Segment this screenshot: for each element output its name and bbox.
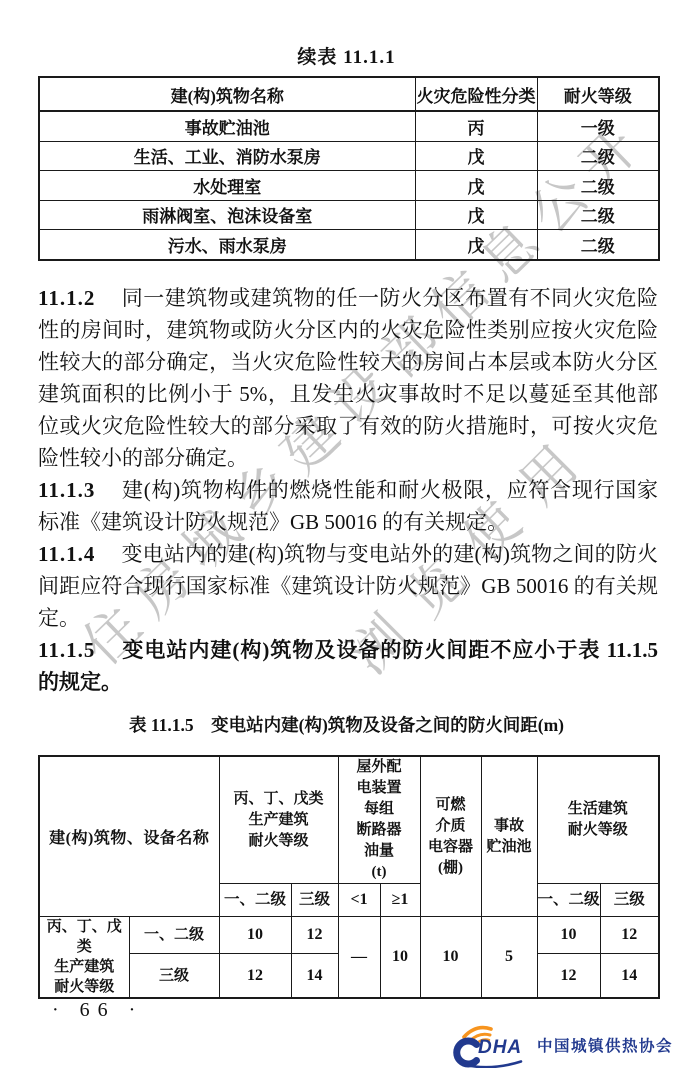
header-building-equipment-name: 建(构)筑物、设备名称: [39, 756, 219, 917]
cell-building-name: 生活、工业、消防水泵房: [39, 141, 415, 171]
distance-value: 14: [600, 954, 659, 998]
header-living-building-group: 生活建筑 耐火等级: [537, 756, 659, 884]
continued-table-11-1-1: 建(构)筑物名称 火灾危险性分类 耐火等级 事故贮油池 丙 一级 生活、工业、消…: [38, 76, 660, 261]
cell-hazard-class: 戊: [415, 230, 537, 260]
cell-fire-rating: 二级: [537, 230, 659, 260]
cell-fire-rating: 二级: [537, 141, 659, 171]
subheader-grade-3: 三级: [600, 884, 659, 917]
clause-number: 11.1.3: [38, 478, 95, 502]
table-header-row: 建(构)筑物名称 火灾危险性分类 耐火等级: [39, 77, 659, 111]
table-row: 污水、雨水泵房 戊 二级: [39, 230, 659, 260]
fire-separation-table-caption: 表 11.1.5 变电站内建(构)筑物及设备之间的防火间距(m): [0, 712, 693, 737]
cdha-org-name: 中国城镇供热协会: [537, 1034, 673, 1056]
clause-paragraphs: 11.1.2同一建筑物或建筑物的任一防火分区布置有不同火灾危险性的房间时，建筑物…: [38, 282, 658, 698]
col-header-fire-resistance: 耐火等级: [537, 77, 659, 111]
row-group-label: 丙、丁、戊类 生产建筑 耐火等级: [39, 917, 129, 999]
row-label: 三级: [129, 954, 219, 998]
data-row-grade-1-2: 丙、丁、戊类 生产建筑 耐火等级 一、二级 10 12 — 10 10 5 10…: [39, 917, 659, 954]
clause-text: 同一建筑物或建筑物的任一防火分区布置有不同火灾危险性的房间时，建筑物或防火分区内…: [38, 286, 658, 470]
distance-value: 10: [537, 917, 600, 954]
distance-value: 12: [291, 917, 338, 954]
col-header-building-name: 建(构)筑物名称: [39, 77, 415, 111]
subheader-grade-1-2: 一、二级: [537, 884, 600, 917]
page-number: · 66 ·: [52, 999, 143, 1022]
cell-fire-rating: 一级: [537, 111, 659, 141]
cell-building-name: 雨淋阀室、泡沫设备室: [39, 200, 415, 230]
subheader-oil-ge-1: ≥1: [380, 884, 420, 917]
cell-building-name: 水处理室: [39, 171, 415, 201]
clause-11-1-3: 11.1.3建(构)筑物构件的燃烧性能和耐火极限，应符合现行国家标准《建筑设计防…: [38, 474, 658, 538]
cell-fire-rating: 二级: [537, 171, 659, 201]
clause-number: 11.1.4: [38, 542, 95, 566]
header-row-groups: 建(构)筑物、设备名称 丙、丁、戊类 生产建筑 耐火等级 屋外配 电装置 每组 …: [39, 756, 659, 884]
cell-hazard-class: 戊: [415, 141, 537, 171]
subheader-oil-lt-1: <1: [338, 884, 380, 917]
table-row: 水处理室 戊 二级: [39, 171, 659, 201]
cell-building-name: 事故贮油池: [39, 111, 415, 141]
cell-hazard-class: 丙: [415, 111, 537, 141]
distance-value: 10: [219, 917, 291, 954]
distance-value: 14: [291, 954, 338, 998]
clause-text: 建(构)筑物构件的燃烧性能和耐火极限，应符合现行国家标准《建筑设计防火规范》GB…: [38, 478, 658, 534]
subheader-grade-3: 三级: [291, 884, 338, 917]
header-accident-oil-pool: 事故 贮油池: [481, 756, 537, 917]
distance-value-capacitor: 10: [420, 917, 481, 999]
distance-value: 12: [600, 917, 659, 954]
distance-value-oil-pool: 5: [481, 917, 537, 999]
distance-value-oil-lt1: —: [338, 917, 380, 999]
clause-text: 变电站内的建(构)筑物与变电站外的建(构)筑物之间的防火间距应符合现行国家标准《…: [38, 542, 658, 630]
distance-value-oil-ge1: 10: [380, 917, 420, 999]
continued-table-title: 续表 11.1.1: [0, 42, 693, 69]
fire-separation-table-11-1-5: 建(构)筑物、设备名称 丙、丁、戊类 生产建筑 耐火等级 屋外配 电装置 每组 …: [38, 755, 660, 999]
clause-text: 变电站内建(构)筑物及设备的防火间距不应小于表 11.1.5 的规定。: [38, 638, 658, 694]
clause-11-1-2: 11.1.2同一建筑物或建筑物的任一防火分区布置有不同火灾危险性的房间时，建筑物…: [38, 282, 658, 474]
cell-hazard-class: 戊: [415, 171, 537, 201]
cell-hazard-class: 戊: [415, 200, 537, 230]
row-label: 一、二级: [129, 917, 219, 954]
subheader-grade-1-2: 一、二级: [219, 884, 291, 917]
table-row: 事故贮油池 丙 一级: [39, 111, 659, 141]
clause-11-1-4: 11.1.4变电站内的建(构)筑物与变电站外的建(构)筑物之间的防火间距应符合现…: [38, 538, 658, 634]
distance-value: 12: [219, 954, 291, 998]
clause-11-1-5: 11.1.5变电站内建(构)筑物及设备的防火间距不应小于表 11.1.5 的规定…: [38, 634, 658, 698]
header-combustible-capacitor: 可燃 介质 电容器 (棚): [420, 756, 481, 917]
cdha-logo-mark: DHA: [451, 1022, 531, 1068]
cdha-logo: DHA 中国城镇供热协会: [451, 1022, 673, 1068]
clause-number: 11.1.2: [38, 286, 95, 310]
header-outdoor-breaker-oil-group: 屋外配 电装置 每组 断路器 油量 (t): [338, 756, 420, 884]
cdha-wordmark: DHA: [478, 1037, 522, 1059]
distance-value: 12: [537, 954, 600, 998]
col-header-fire-hazard-class: 火灾危险性分类: [415, 77, 537, 111]
header-production-building-group: 丙、丁、戊类 生产建筑 耐火等级: [219, 756, 338, 884]
table-row: 生活、工业、消防水泵房 戊 二级: [39, 141, 659, 171]
cell-fire-rating: 二级: [537, 200, 659, 230]
table-row: 雨淋阀室、泡沫设备室 戊 二级: [39, 200, 659, 230]
document-page: 续表 11.1.1 建(构)筑物名称 火灾危险性分类 耐火等级 事故贮油池 丙 …: [0, 0, 693, 1075]
cell-building-name: 污水、雨水泵房: [39, 230, 415, 260]
clause-number: 11.1.5: [38, 638, 95, 662]
